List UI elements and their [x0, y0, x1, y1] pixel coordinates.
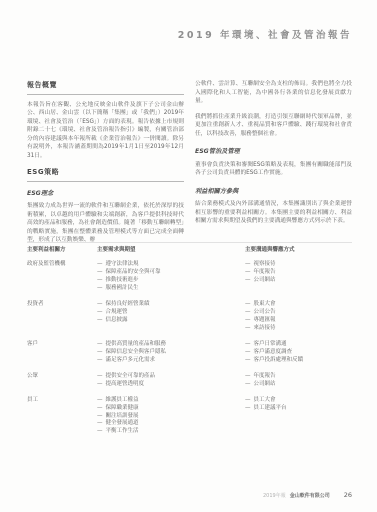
dash-bullet: —	[245, 269, 251, 277]
list-item: —專題匯報	[245, 317, 346, 325]
dash-bullet: —	[245, 405, 251, 413]
body-columns: 報告概覽 本報告旨在客觀、公允地反映金山軟件及旗下子公司金山辦公、西山居、金山雲…	[27, 80, 352, 252]
stakeholder-name: 政府及監管機構	[27, 261, 97, 293]
dash-bullet: —	[97, 357, 103, 365]
dash-bullet: —	[97, 349, 103, 357]
stakeholder-table: 主要利益相關方 主要需求與期望 主要溝通與響應方式 政府及監管機構—遵守法律法規…	[27, 242, 352, 444]
page-number: 26	[344, 491, 352, 499]
list-item-text: 平衡工作生活	[106, 428, 139, 436]
table-row: 政府及監管機構—遵守法律法規—保障產品的安全與可靠—推動技術進步—服務國計民生—…	[27, 261, 352, 293]
list-item-text: 專題匯報	[254, 317, 276, 325]
list-item: —客戶日常溝通	[245, 341, 346, 349]
footer-company-name: 金山軟件有限公司	[290, 492, 330, 499]
list-item-text: 股東大會	[254, 301, 276, 309]
list-item-text: 維護員工權益	[106, 397, 139, 405]
list-item-text: 保障職業健康	[106, 405, 139, 413]
list-item-text: 年度報告	[254, 373, 276, 381]
dash-bullet: —	[97, 285, 103, 293]
list-item-text: 提供高質量的產品和服務	[106, 341, 167, 349]
stakeholder-engagement-paragraph: 結合業務模式及內外部溝通情況，本集團識別出了與企業運營相互影響的重要利益相關方。…	[195, 200, 352, 226]
list-item: —年度報告	[245, 269, 346, 277]
list-item: —合規運營	[97, 309, 239, 317]
responses-list: —員工大會—員工建議平台	[245, 397, 352, 437]
list-item: —滿足客戶多元化需求	[97, 357, 239, 365]
esg-philosophy-subheading: ESG理念	[27, 189, 184, 198]
stakeholder-name: 公眾	[27, 373, 97, 389]
list-item: —提高運營透明度	[97, 381, 239, 389]
needs-list: —提供高質量的產品和服務—保障信息安全與客戶隱私—滿足客戶多元化需求	[97, 341, 245, 365]
list-item-text: 客戶日常溝通	[254, 341, 287, 349]
dash-bullet: —	[245, 341, 251, 349]
needs-list: —遵守法律法規—保障產品的安全與可靠—推動技術進步—服務國計民生	[97, 261, 245, 293]
list-item: —客戶滿意度調查	[245, 349, 346, 357]
table-row: 客戶—提供高質量的產品和服務—保障信息安全與客戶隱私—滿足客戶多元化需求—客戶日…	[27, 341, 352, 365]
stakeholder-table-header: 主要利益相關方 主要需求與期望 主要溝通與響應方式	[27, 247, 352, 255]
list-item-text: 提供安全可靠的產品	[106, 373, 156, 381]
list-item: —公司公告	[245, 309, 346, 317]
list-item: —提供安全可靠的產品	[97, 373, 239, 381]
overview-heading: 報告概覽	[27, 80, 184, 95]
list-item-text: 視察接待	[254, 261, 276, 269]
dash-bullet: —	[97, 277, 103, 285]
dash-bullet: —	[245, 373, 251, 381]
stakeholder-name: 投資者	[27, 301, 97, 333]
list-item-text: 保持良好經營業績	[106, 301, 150, 309]
list-item-text: 信息披露	[106, 317, 128, 325]
dash-bullet: —	[245, 381, 251, 389]
list-item-text: 推動技術進步	[106, 277, 139, 285]
dash-bullet: —	[245, 397, 251, 405]
list-item: —保持良好經營業績	[97, 301, 239, 309]
list-item: —維護員工權益	[97, 397, 239, 405]
list-item: —保障產品的安全與可靠	[97, 269, 239, 277]
dash-bullet: —	[245, 261, 251, 269]
list-item: —保障職業健康	[97, 405, 239, 413]
dash-bullet: —	[97, 317, 103, 325]
list-item-text: 年度報告	[254, 269, 276, 277]
column-header-responses: 主要溝通與響應方式	[245, 247, 352, 255]
list-item-text: 滿足客戶多元化需求	[106, 357, 156, 365]
dash-bullet: —	[245, 349, 251, 357]
dash-bullet: —	[245, 325, 251, 333]
list-item: —推動技術進步	[97, 277, 239, 285]
list-item: —信息披露	[97, 317, 239, 325]
list-item: —年度報告	[245, 373, 346, 381]
list-item-text: 合規運營	[106, 309, 128, 317]
dash-bullet: —	[97, 261, 103, 269]
esg-governance-paragraph: 董事會負責決策和審閱ESG策略及表現，集團有關職能部門及各子公司負責具體的ESG…	[195, 161, 352, 178]
list-item-text: 公司網站	[254, 277, 276, 285]
left-column: 報告概覽 本報告旨在客觀、公允地反映金山軟件及旗下子公司金山辦公、西山居、金山雲…	[27, 80, 184, 252]
dash-bullet: —	[97, 373, 103, 381]
page-footer: 2019年報 金山軟件有限公司 26	[263, 491, 352, 499]
esg-philosophy-paragraph-left: 集團致力成為世界一流的軟件和互聯網企業，依托於深厚的技術積累，以卓越的用戶體驗和…	[27, 202, 184, 245]
list-item: —提供高質量的產品和服務	[97, 341, 239, 349]
dash-bullet: —	[97, 309, 103, 317]
responses-list: —年度報告—公司網站	[245, 373, 352, 389]
dash-bullet: —	[97, 301, 103, 309]
list-item-text: 員工大會	[254, 397, 276, 405]
list-item: —員工建議平台	[245, 405, 346, 413]
stakeholder-name: 客戶	[27, 341, 97, 365]
esg-philosophy-paragraph-right2: 我們將抓住產業升級浪潮，打造引領互聯網時代領軍品牌，並更加注重創新人才、重視品質…	[195, 113, 352, 139]
list-item-text: 保障信息安全與客戶隱私	[106, 349, 167, 357]
needs-list: —保持良好經營業績—合規運營—信息披露	[97, 301, 245, 333]
list-item-text: 提高運營透明度	[106, 381, 145, 389]
responses-list: —客戶日常溝通—客戶滿意度調查—客戶投訴處理和反饋	[245, 341, 352, 365]
dash-bullet: —	[245, 277, 251, 285]
list-item: —保障信息安全與客戶隱私	[97, 349, 239, 357]
list-item: —股東大會	[245, 301, 346, 309]
dash-bullet: —	[245, 301, 251, 309]
list-item: —遵守法律法規	[97, 261, 239, 269]
list-item: —公司網站	[245, 381, 346, 389]
list-item: —來訪接待	[245, 325, 346, 333]
list-item: —公司網站	[245, 277, 346, 285]
esg-governance-subheading: ESG管治及管理	[195, 147, 352, 156]
overview-paragraph: 本報告旨在客觀、公允地反映金山軟件及旗下子公司金山辦公、西山居、金山雲（以下簡稱…	[27, 101, 184, 161]
dash-bullet: —	[245, 317, 251, 325]
dash-bullet: —	[97, 381, 103, 389]
dash-bullet: —	[97, 428, 103, 436]
responses-list: —視察接待—年度報告—公司網站	[245, 261, 352, 293]
dash-bullet: —	[97, 269, 103, 277]
table-row: 投資者—保持良好經營業績—合規運營—信息披露—股東大會—公司公告—專題匯報—來訪…	[27, 301, 352, 333]
list-item-text: 保障產品的安全與可靠	[106, 269, 161, 277]
stakeholder-name: 員工	[27, 397, 97, 437]
column-header-stakeholder: 主要利益相關方	[27, 247, 97, 255]
document-title: 2019 年環境、社會及管治報告	[178, 27, 352, 41]
dash-bullet: —	[97, 405, 103, 413]
needs-list: —維護員工權益—保障職業健康—關注培訓發展—健全發展通道—平衡工作生活	[97, 397, 245, 437]
list-item: —員工大會	[245, 397, 346, 405]
list-item: —客戶投訴處理和反饋	[245, 357, 346, 365]
list-item: —服務國計民生	[97, 285, 239, 293]
list-item-text: 客戶投訴處理和反饋	[254, 357, 304, 365]
list-item-text: 來訪接待	[254, 325, 276, 333]
list-item: —視察接待	[245, 261, 346, 269]
stakeholder-table-body: 政府及監管機構—遵守法律法規—保障產品的安全與可靠—推動技術進步—服務國計民生—…	[27, 261, 352, 436]
report-page: 2019 年環境、社會及管治報告 報告概覽 本報告旨在客觀、公允地反映金山軟件及…	[0, 0, 377, 512]
column-header-needs: 主要需求與期望	[97, 247, 245, 255]
esg-philosophy-paragraph-right: 公軟件、雲計算、互聯網安全為支柱的佈局。我們也將全力投入國際化和人工智能，為中國…	[195, 80, 352, 106]
list-item-text: 服務國計民生	[106, 285, 139, 293]
list-item-text: 員工建議平台	[254, 405, 287, 413]
list-item-text: 公司網站	[254, 381, 276, 389]
responses-list: —股東大會—公司公告—專題匯報—來訪接待	[245, 301, 352, 333]
needs-list: —提供安全可靠的產品—提高運營透明度	[97, 373, 245, 389]
list-item-text: 客戶滿意度調查	[254, 349, 293, 357]
footer-report-label: 2019年報	[263, 492, 286, 499]
list-item: —平衡工作生活	[97, 428, 239, 436]
dash-bullet: —	[245, 357, 251, 365]
right-column: 公軟件、雲計算、互聯網安全為支柱的佈局。我們也將全力投入國際化和人工智能，為中國…	[195, 80, 352, 252]
stakeholder-engagement-subheading: 利益相關方參與	[195, 187, 352, 196]
list-item-text: 遵守法律法規	[106, 261, 139, 269]
esg-strategy-heading: ESG策略	[27, 167, 184, 182]
dash-bullet: —	[245, 309, 251, 317]
dash-bullet: —	[97, 397, 103, 405]
dash-bullet: —	[97, 420, 103, 428]
dash-bullet: —	[97, 413, 103, 421]
list-item-text: 公司公告	[254, 309, 276, 317]
dash-bullet: —	[97, 341, 103, 349]
table-row: 員工—維護員工權益—保障職業健康—關注培訓發展—健全發展通道—平衡工作生活—員工…	[27, 397, 352, 437]
table-row: 公眾—提供安全可靠的產品—提高運營透明度—年度報告—公司網站	[27, 373, 352, 389]
